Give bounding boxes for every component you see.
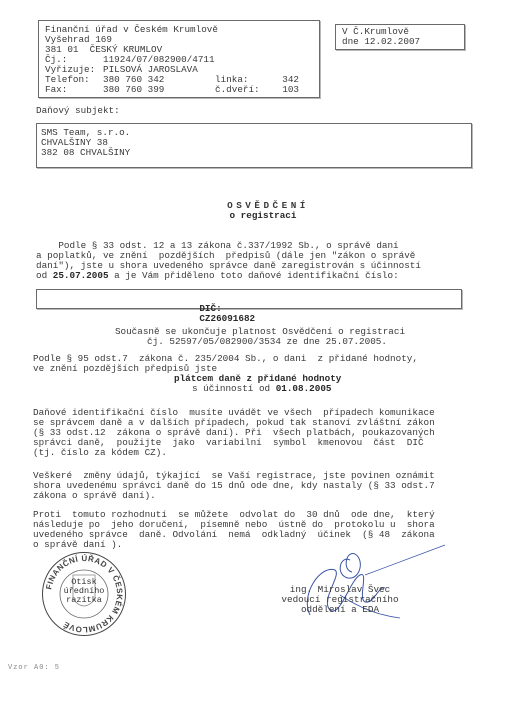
tax-subject-box: SMS Team, s.r.o. CHVALŠINY 38 382 08 CHV… (36, 123, 472, 168)
vat-paragraph: Podle § 95 odst.7 zákona č. 235/2004 Sb.… (33, 354, 473, 394)
sender-address-box: Finanční úřad v Českém Krumlově Vyšehrad… (38, 20, 320, 98)
stamp-line-3: razítka (43, 596, 125, 605)
termination-paragraph: Současně se ukončuje platnost Osvědčení … (40, 327, 480, 347)
date: dne 12.02.2007 (342, 37, 420, 47)
place-date-box: V Č.Krumlově dne 12.02.2007 (335, 24, 465, 50)
door-value: 103 (269, 85, 299, 95)
registration-date: 25.07.2005 (53, 270, 109, 281)
fax-label: Fax: (45, 85, 103, 95)
dic-usage-paragraph: Daňové identifikační číslo musíte uvádět… (33, 408, 473, 458)
signatory-block: ing. Miroslav Švec vedoucí registračního… (270, 585, 410, 615)
tax-subject-label: Daňový subjekt: (36, 106, 120, 116)
dic-box: DIČ: CZ26091682 (36, 289, 462, 309)
official-stamp: FINANČNÍ ÚŘAD V ČESKÉM KRUMLOVĚ Otisk úř… (42, 552, 126, 636)
document-subtitle: o registraci (0, 211, 516, 221)
subject-city: 382 08 CHVALŠINY (41, 148, 130, 158)
signatory-role-2: oddělení a EDA (270, 605, 410, 615)
vat-effective-date: 01.08.2005 (276, 383, 332, 394)
form-code: Vzor A0: 5 (8, 663, 60, 673)
changes-paragraph: Veškeré změny údajů, týkající se Vaší re… (33, 471, 473, 501)
dic-value: CZ26091682 (199, 313, 255, 324)
door-label: č.dveří: (215, 85, 269, 95)
fax-value: 380 760 399 (103, 85, 215, 95)
registration-paragraph: Podle § 33 odst. 12 a 13 zákona č.337/19… (36, 241, 476, 281)
